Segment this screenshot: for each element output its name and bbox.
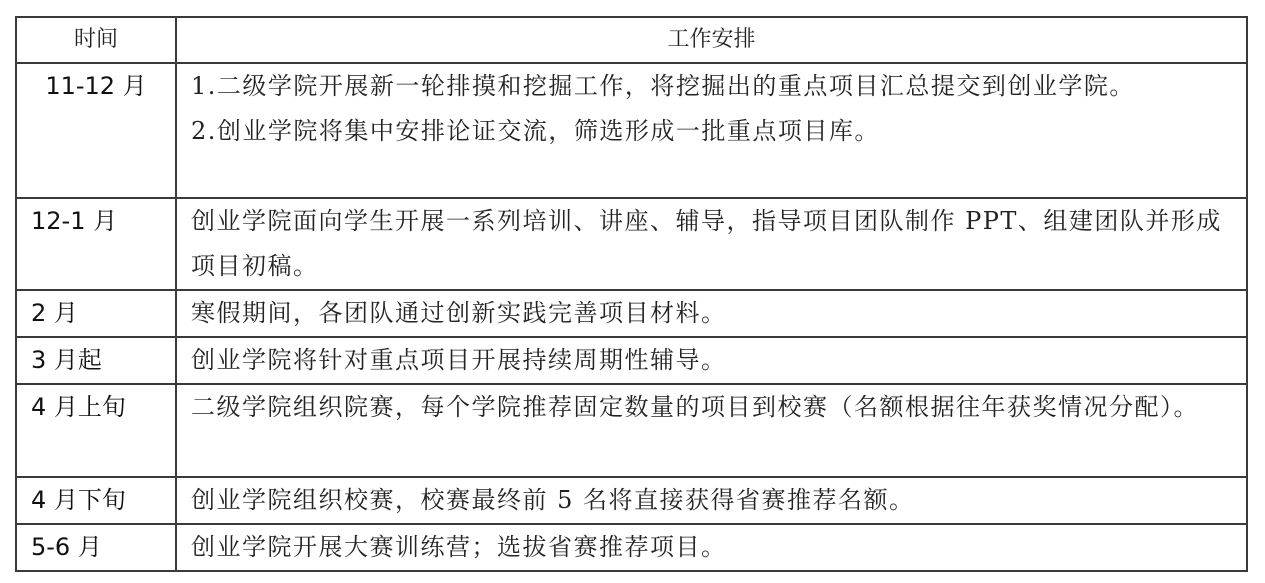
work-item: 创业学院开展大赛训练营；选拔省赛推荐项目。 [191,525,1236,570]
time-cell: 4 月下旬 [16,477,176,524]
time-cell: 4 月上旬 [16,384,176,477]
work-item: 二级学院组织院赛，每个学院推荐固定数量的项目到校赛（名额根据往年获奖情况分配）。 [191,385,1236,430]
work-item: 2.创业学院将集中安排论证交流，筛选形成一批重点项目库。 [191,109,1236,154]
table-row: 2 月 寒假期间，各团队通过创新实践完善项目材料。 [16,290,1247,337]
table-row: 12-1 月 创业学院面向学生开展一系列培训、讲座、辅导，指导项目团队制作 PP… [16,198,1247,290]
header-work: 工作安排 [176,17,1247,63]
work-schedule-table: 时间 工作安排 11-12 月 1.二级学院开展新一轮排摸和挖掘工作，将挖掘出的… [15,16,1248,572]
work-cell: 二级学院组织院赛，每个学院推荐固定数量的项目到校赛（名额根据往年获奖情况分配）。 [176,384,1247,477]
work-item: 创业学院将针对重点项目开展持续周期性辅导。 [191,338,1236,383]
time-cell: 2 月 [16,290,176,337]
table-row: 4 月上旬 二级学院组织院赛，每个学院推荐固定数量的项目到校赛（名额根据往年获奖… [16,384,1247,477]
time-cell: 11-12 月 [16,63,176,198]
table-header-row: 时间 工作安排 [16,17,1247,63]
schedule-table-container: 时间 工作安排 11-12 月 1.二级学院开展新一轮排摸和挖掘工作，将挖掘出的… [15,16,1246,572]
table-row: 5-6 月 创业学院开展大赛训练营；选拔省赛推荐项目。 [16,524,1247,571]
table-row: 11-12 月 1.二级学院开展新一轮排摸和挖掘工作，将挖掘出的重点项目汇总提交… [16,63,1247,198]
time-cell: 3 月起 [16,337,176,384]
time-cell: 12-1 月 [16,198,176,290]
header-time: 时间 [16,17,176,63]
work-item: 寒假期间，各团队通过创新实践完善项目材料。 [191,291,1236,336]
table-row: 3 月起 创业学院将针对重点项目开展持续周期性辅导。 [16,337,1247,384]
work-cell: 创业学院开展大赛训练营；选拔省赛推荐项目。 [176,524,1247,571]
work-cell: 创业学院面向学生开展一系列培训、讲座、辅导，指导项目团队制作 PPT、组建团队并… [176,198,1247,290]
work-item: 创业学院面向学生开展一系列培训、讲座、辅导，指导项目团队制作 PPT、组建团队并… [191,199,1236,289]
table-row: 4 月下旬 创业学院组织校赛，校赛最终前 5 名将直接获得省赛推荐名额。 [16,477,1247,524]
time-cell: 5-6 月 [16,524,176,571]
work-item: 1.二级学院开展新一轮排摸和挖掘工作，将挖掘出的重点项目汇总提交到创业学院。 [191,64,1236,109]
work-item: 创业学院组织校赛，校赛最终前 5 名将直接获得省赛推荐名额。 [191,478,1236,523]
work-cell: 创业学院组织校赛，校赛最终前 5 名将直接获得省赛推荐名额。 [176,477,1247,524]
work-cell: 寒假期间，各团队通过创新实践完善项目材料。 [176,290,1247,337]
work-cell: 1.二级学院开展新一轮排摸和挖掘工作，将挖掘出的重点项目汇总提交到创业学院。 2… [176,63,1247,198]
work-cell: 创业学院将针对重点项目开展持续周期性辅导。 [176,337,1247,384]
